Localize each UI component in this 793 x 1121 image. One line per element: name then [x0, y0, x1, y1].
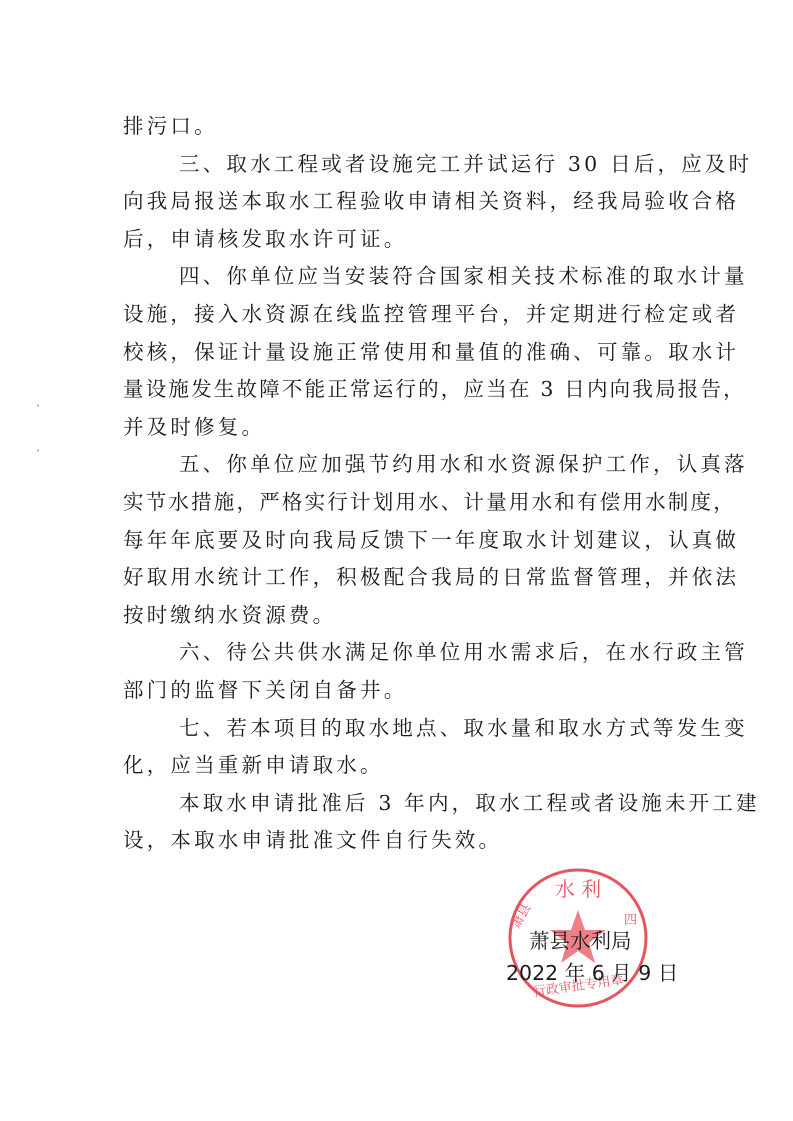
signature-organization: 萧县水利局 [529, 924, 632, 954]
text-line: 每年年底要及时向我局反馈下一年度取水计划建议，认真做 [123, 522, 675, 560]
text-line: 好取用水统计工作，积极配合我局的日常监督管理，并依法 [123, 559, 675, 597]
signature-date: 2022 年 6 月 9 日 [506, 956, 678, 986]
text-line: 七、若本项目的取水地点、取水量和取水方式等发生变 [123, 710, 675, 748]
text-line: 实节水措施，严格实行计划用水、计量用水和有偿用水制度， [123, 484, 675, 522]
text-line: 设施，接入水资源在线监控管理平台，并定期进行检定或者 [123, 296, 675, 334]
text-line: 三、取水工程或者设施完工并试运行 30 日后，应及时 [123, 146, 675, 184]
seal-top-text: 水 利 [555, 877, 601, 901]
text-line: 后，申请核发取水许可证。 [123, 221, 675, 259]
text-line: 并及时修复。 [123, 409, 675, 447]
text-line: 部门的监督下关闭自备井。 [123, 672, 675, 710]
text-line: 校核，保证计量设施正常使用和量值的准确、可靠。取水计 [123, 334, 675, 372]
text-line: 化，应当重新申请取水。 [123, 747, 675, 785]
scan-speck [37, 449, 39, 452]
text-line: 六、待公共供水满足你单位用水需求后，在水行政主管 [123, 634, 675, 672]
document-page: 排污口。 三、取水工程或者设施完工并试运行 30 日后，应及时 向我局报送本取水… [0, 0, 793, 1121]
text-line: 五、你单位应加强节约用水和水资源保护工作，认真落 [123, 446, 675, 484]
scan-speck [37, 404, 39, 407]
text-line: 排污口。 [123, 108, 675, 146]
text-line: 设，本取水申请批准文件自行失效。 [123, 822, 675, 860]
text-line: 本取水申请批准后 3 年内，取水工程或者设施未开工建 [123, 785, 675, 823]
text-line: 四、你单位应当安装符合国家相关技术标准的取水计量 [123, 258, 675, 296]
document-body: 排污口。 三、取水工程或者设施完工并试运行 30 日后，应及时 向我局报送本取水… [123, 108, 675, 860]
text-line: 量设施发生故障不能正常运行的，应当在 3 日内向我局报告， [123, 371, 675, 409]
text-line: 向我局报送本取水工程验收申请相关资料，经我局验收合格 [123, 183, 675, 221]
text-line: 按时缴纳水资源费。 [123, 597, 675, 635]
